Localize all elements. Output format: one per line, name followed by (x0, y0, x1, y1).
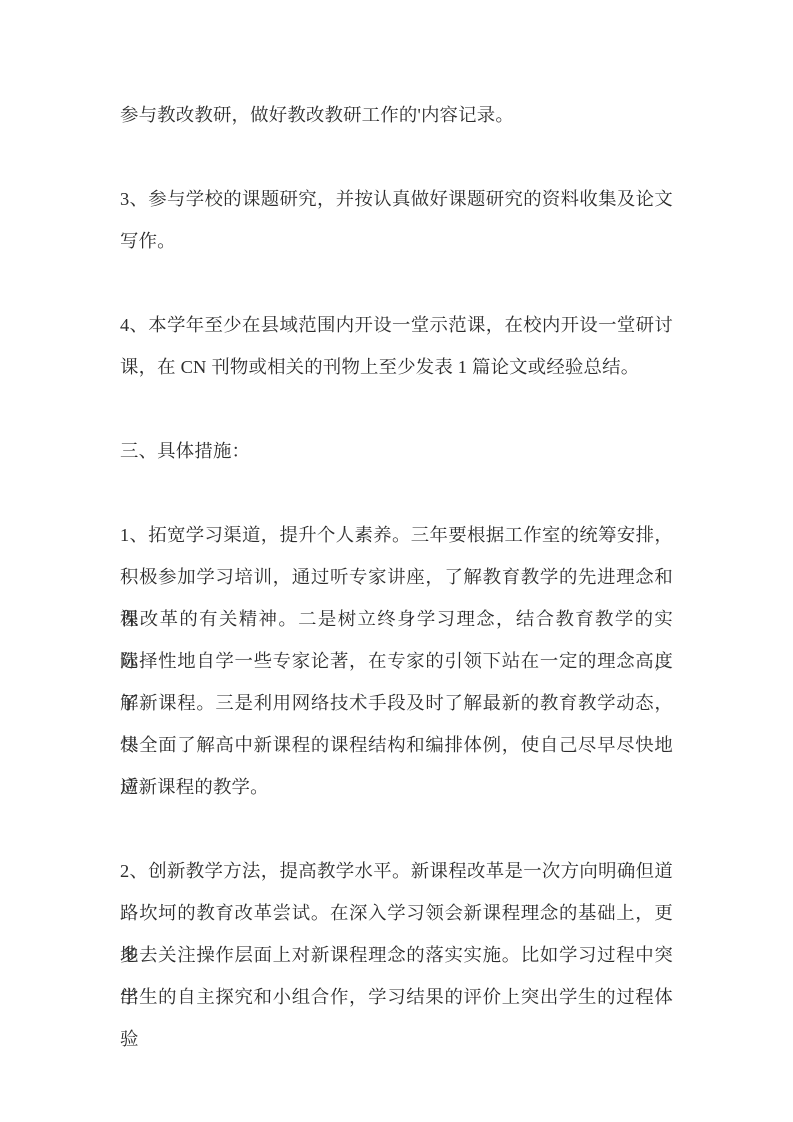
text-line: 4、本学年至少在县域范围内开设一堂示范课，在校内开设一堂研讨 (120, 304, 673, 346)
paragraph: 参与教改教研，做好教改教研工作的'内容记录。 (120, 94, 673, 136)
text-line: 2、创新教学方法，提高教学水平。新课程改革是一次方向明确但道 (120, 850, 673, 892)
text-line: 1、拓宽学习渠道，提升个人素养。三年要根据工作室的统筹安排， (120, 514, 673, 556)
document-page: 参与教改教研，做好教改教研工作的'内容记录。 3、参与学校的课题研究，并按认真做… (0, 0, 793, 1122)
text-line: 3、参与学校的课题研究，并按认真做好课题研究的资料收集及论文 (120, 178, 673, 220)
paragraph: 3、参与学校的课题研究，并按认真做好课题研究的资料收集及论文 写作。 (120, 178, 673, 262)
text-line: 三、具体措施： (120, 430, 673, 472)
text-line: 地去关注操作层面上对新课程理念的落实实施。比如学习过程中突出 (120, 934, 673, 976)
text-line: 解新课程。三是利用网络技术手段及时了解最新的教育教学动态，尽 (120, 682, 673, 724)
text-line: 积极参加学习培训，通过听专家讲座，了解教育教学的先进理念和课 (120, 556, 673, 598)
text-line: 快全面了解高中新课程的课程结构和编排体例，使自己尽早尽快地适 (120, 724, 673, 766)
paragraph: 4、本学年至少在县域范围内开设一堂示范课，在校内开设一堂研讨 课，在 CN 刊物… (120, 304, 673, 388)
section-heading: 三、具体措施： (120, 430, 673, 472)
text-line: 参与教改教研，做好教改教研工作的'内容记录。 (120, 94, 673, 136)
text-line: 选择性地自学一些专家论著，在专家的引领下站在一定的理念高度了 (120, 640, 673, 682)
text-line: 应新课程的教学。 (120, 766, 673, 808)
text-line: 路坎坷的教育改革尝试。在深入学习领会新课程理念的基础上，更多 (120, 892, 673, 934)
document-content: 参与教改教研，做好教改教研工作的'内容记录。 3、参与学校的课题研究，并按认真做… (120, 94, 673, 1018)
paragraph: 1、拓宽学习渠道，提升个人素养。三年要根据工作室的统筹安排， 积极参加学习培训，… (120, 514, 673, 808)
text-line: 课，在 CN 刊物或相关的刊物上至少发表 1 篇论文或经验总结。 (120, 346, 673, 388)
paragraph: 2、创新教学方法，提高教学水平。新课程改革是一次方向明确但道 路坎坷的教育改革尝… (120, 850, 673, 1018)
text-line: 程改革的有关精神。二是树立终身学习理念，结合教育教学的实际， (120, 598, 673, 640)
text-line: 写作。 (120, 220, 673, 262)
text-line: 学生的自主探究和小组合作，学习结果的评价上突出学生的过程体验 (120, 976, 673, 1018)
